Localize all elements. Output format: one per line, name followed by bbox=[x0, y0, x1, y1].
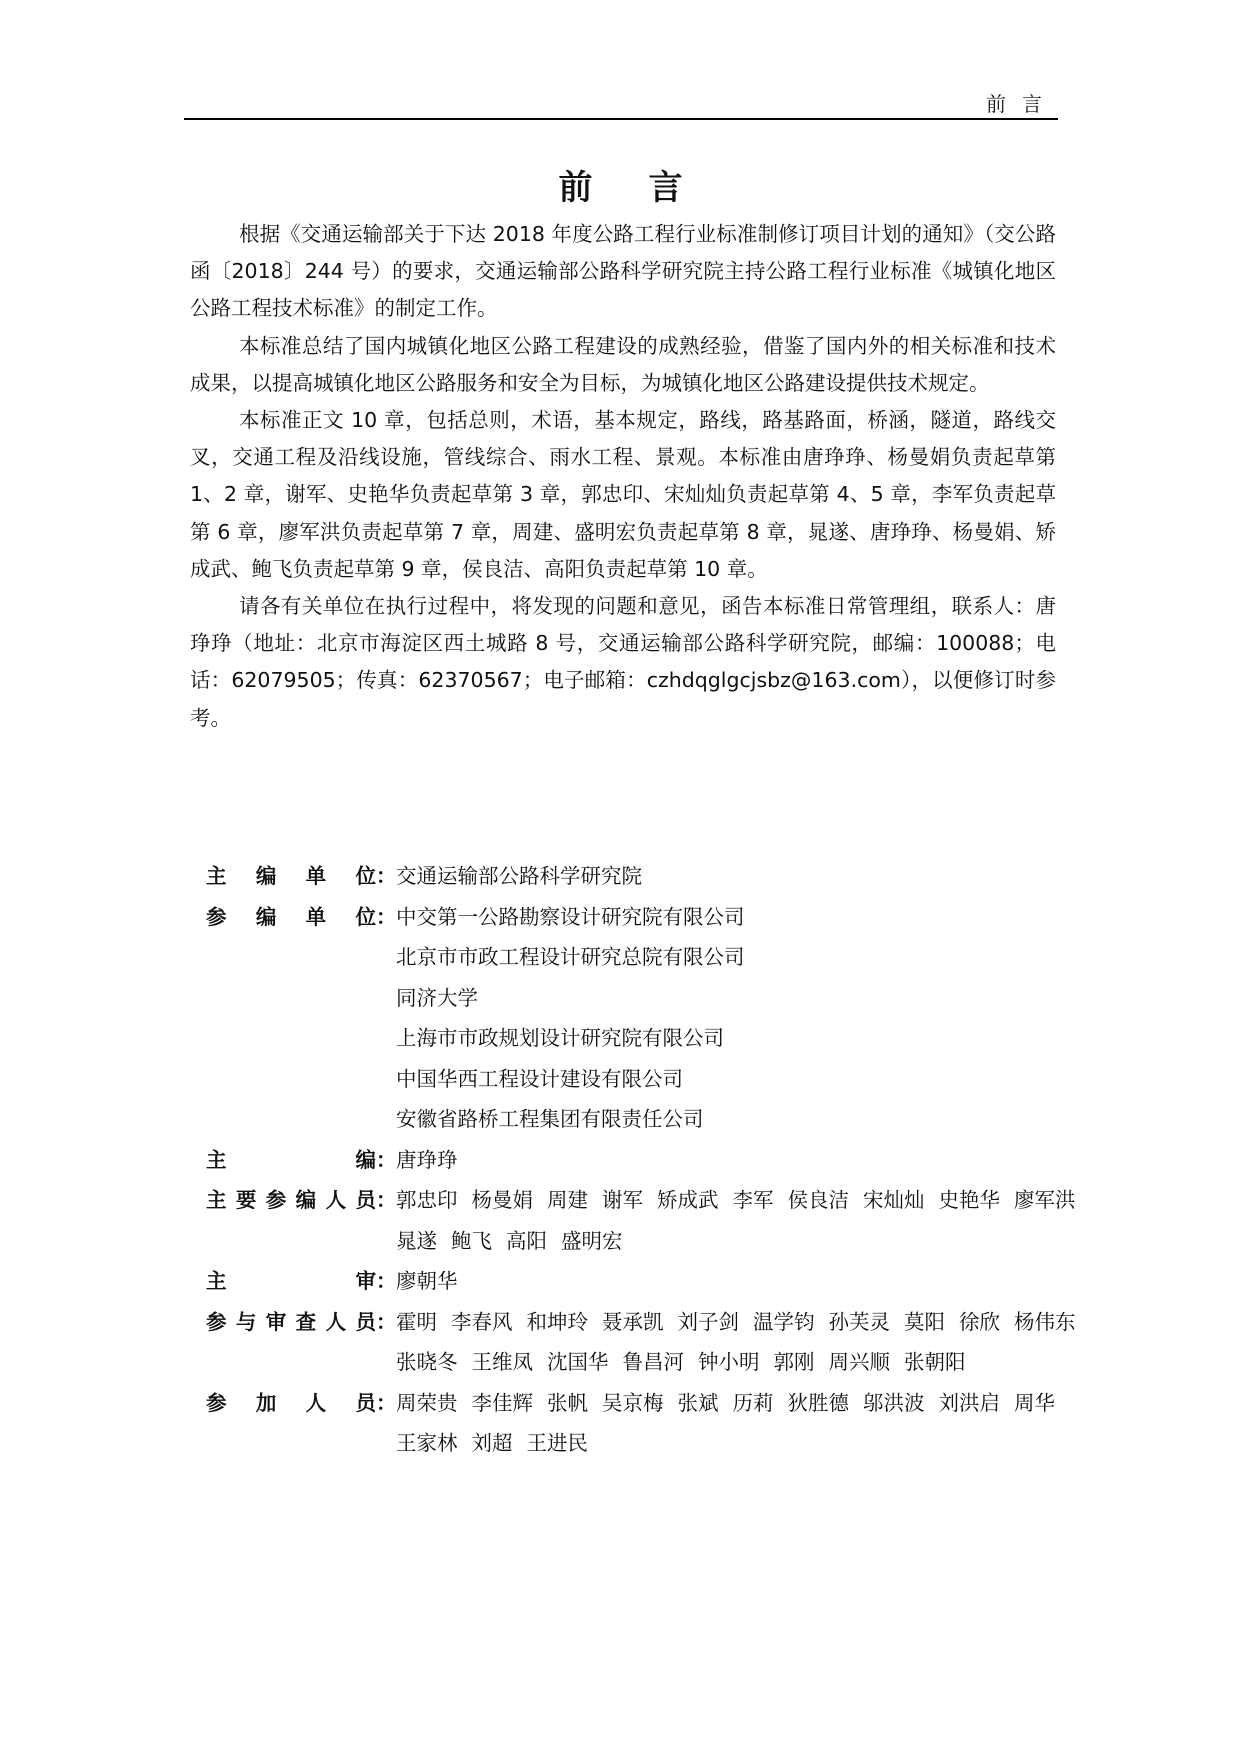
label-char: 加 bbox=[256, 1383, 277, 1464]
person-name: 郭刚 bbox=[774, 1342, 815, 1383]
credit-values: 唐琤琤 bbox=[396, 1140, 1106, 1181]
person-name: 孙芙灵 bbox=[829, 1302, 891, 1343]
person-name: 张朝阳 bbox=[904, 1342, 966, 1383]
person-name: 吴京梅 bbox=[602, 1383, 664, 1424]
person-name: 历莉 bbox=[733, 1383, 774, 1424]
label-char: 位 bbox=[355, 856, 376, 897]
label-char: 单 bbox=[306, 897, 327, 1140]
person-name: 廖军洪 bbox=[1014, 1180, 1076, 1221]
person-name: 狄胜德 bbox=[788, 1383, 850, 1424]
running-header: 前言 bbox=[184, 88, 1058, 118]
label-colon: ： bbox=[376, 1383, 396, 1464]
paragraph-summary: 本标准总结了国内城镇化地区公路工程建设的成熟经验，借鉴了国内外的相关标准和技术成… bbox=[190, 328, 1056, 402]
label-char: 要 bbox=[236, 1180, 257, 1261]
label-char: 编 bbox=[256, 856, 277, 897]
label-char: 编 bbox=[356, 1140, 377, 1181]
person-name: 聂承凯 bbox=[602, 1302, 664, 1343]
organization-name: 同济大学 bbox=[396, 978, 1106, 1019]
label-char: 主 bbox=[206, 1140, 227, 1181]
label-colon: ： bbox=[376, 856, 396, 897]
credit-label: 主编： bbox=[206, 1140, 396, 1181]
person-name: 杨伟东 bbox=[1014, 1302, 1076, 1343]
label-colon: ： bbox=[376, 1261, 396, 1302]
label-char: 主 bbox=[206, 1180, 227, 1261]
person-name: 廖朝华 bbox=[396, 1261, 458, 1302]
person-name: 高阳 bbox=[506, 1221, 547, 1262]
person-name: 盛明宏 bbox=[561, 1221, 623, 1262]
person-name: 周建 bbox=[547, 1180, 588, 1221]
person-name: 杨曼娟 bbox=[472, 1180, 534, 1221]
label-char: 与 bbox=[236, 1302, 257, 1383]
credits-section: 主编单位：交通运输部公路科学研究院 参编单位：中交第一公路勘察设计研究院有限公司… bbox=[206, 856, 1106, 1464]
person-name: 周华 bbox=[1014, 1383, 1055, 1424]
label-char: 单 bbox=[306, 856, 327, 897]
paragraph-basis: 根据《交通运输部关于下达 2018 年度公路工程行业标准制修订项目计划的通知》（… bbox=[190, 216, 1056, 328]
person-name: 王进民 bbox=[527, 1423, 589, 1464]
credit-values: 霍明李春风和坤玲聂承凯刘子剑温学钧孙芙灵莫阳徐欣杨伟东张晓冬王维凤沈国华鲁昌河钟… bbox=[396, 1302, 1106, 1383]
organization-name: 北京市市政工程设计研究总院有限公司 bbox=[396, 937, 1106, 978]
label-char: 参 bbox=[206, 897, 227, 1140]
person-name: 张斌 bbox=[678, 1383, 719, 1424]
paragraph-chapters: 本标准正文 10 章，包括总则，术语，基本规定，路线，路基路面，桥涵，隧道，路线… bbox=[190, 402, 1056, 588]
organization-name: 中交第一公路勘察设计研究院有限公司 bbox=[396, 897, 1106, 938]
person-name: 史艳华 bbox=[939, 1180, 1001, 1221]
person-name: 唐琤琤 bbox=[396, 1140, 458, 1181]
person-name: 王维凤 bbox=[472, 1342, 534, 1383]
person-name: 周兴顺 bbox=[829, 1342, 891, 1383]
organization-name: 上海市市政规划设计研究院有限公司 bbox=[396, 1018, 1106, 1059]
person-name: 鲁昌河 bbox=[623, 1342, 685, 1383]
credit-values: 交通运输部公路科学研究院 bbox=[396, 856, 1106, 897]
label-char: 审 bbox=[266, 1302, 287, 1383]
label-char: 位 bbox=[355, 897, 376, 1140]
credit-participating-units: 参编单位：中交第一公路勘察设计研究院有限公司北京市市政工程设计研究总院有限公司同… bbox=[206, 897, 1106, 1140]
credit-values: 周荣贵李佳辉张帆吴京梅张斌历莉狄胜德邬洪波刘洪启周华王家林刘超王进民 bbox=[396, 1383, 1106, 1464]
label-char: 主 bbox=[206, 856, 227, 897]
person-name: 矫成武 bbox=[657, 1180, 719, 1221]
label-char: 参 bbox=[266, 1180, 287, 1261]
organization-name: 安徽省路桥工程集团有限责任公司 bbox=[396, 1099, 1106, 1140]
preface-body: 根据《交通运输部关于下达 2018 年度公路工程行业标准制修订项目计划的通知》（… bbox=[190, 216, 1056, 737]
person-name: 刘子剑 bbox=[678, 1302, 740, 1343]
credit-label: 参加人员： bbox=[206, 1383, 396, 1464]
label-colon: ： bbox=[376, 1180, 396, 1261]
person-name: 刘洪启 bbox=[939, 1383, 1001, 1424]
label-char: 人 bbox=[326, 1302, 347, 1383]
person-name: 侯良洁 bbox=[788, 1180, 850, 1221]
credit-chief-editor-unit: 主编单位：交通运输部公路科学研究院 bbox=[206, 856, 1106, 897]
label-colon: ： bbox=[376, 897, 396, 1140]
label-colon: ： bbox=[376, 1302, 396, 1383]
credit-review-participants: 参与审查人员：霍明李春风和坤玲聂承凯刘子剑温学钧孙芙灵莫阳徐欣杨伟东张晓冬王维凤… bbox=[206, 1302, 1106, 1383]
label-colon: ： bbox=[376, 1140, 396, 1181]
credit-chief-reviewer: 主审：廖朝华 bbox=[206, 1261, 1106, 1302]
person-name: 霍明 bbox=[396, 1302, 437, 1343]
person-name: 王家林 bbox=[396, 1423, 458, 1464]
label-char: 参 bbox=[206, 1383, 227, 1464]
person-name: 邬洪波 bbox=[863, 1383, 925, 1424]
credit-chief-editor: 主编：唐琤琤 bbox=[206, 1140, 1106, 1181]
page-title: 前言 bbox=[0, 160, 1241, 209]
person-name: 莫阳 bbox=[904, 1302, 945, 1343]
person-name: 刘超 bbox=[472, 1423, 513, 1464]
credit-values: 郭忠印杨曼娟周建谢军矫成武李军侯良洁宋灿灿史艳华廖军洪晁遂鲍飞高阳盛明宏 bbox=[396, 1180, 1106, 1261]
paragraph-contact: 请各有关单位在执行过程中，将发现的问题和意见，函告本标准日常管理组，联系人：唐琤… bbox=[190, 588, 1056, 737]
credit-label: 主要参编人员： bbox=[206, 1180, 396, 1261]
person-name: 周荣贵 bbox=[396, 1383, 458, 1424]
label-char: 查 bbox=[296, 1302, 317, 1383]
label-char: 员 bbox=[355, 1180, 376, 1261]
person-name: 张晓冬 bbox=[396, 1342, 458, 1383]
label-char: 主 bbox=[206, 1261, 227, 1302]
running-head-text: 前言 bbox=[986, 88, 1058, 117]
organization-name: 中国华西工程设计建设有限公司 bbox=[396, 1059, 1106, 1100]
credit-label: 主编单位： bbox=[206, 856, 396, 897]
person-name: 晁遂 bbox=[396, 1221, 437, 1262]
person-name: 和坤玲 bbox=[527, 1302, 589, 1343]
header-rule bbox=[184, 118, 1058, 120]
credit-participants: 参加人员：周荣贵李佳辉张帆吴京梅张斌历莉狄胜德邬洪波刘洪启周华王家林刘超王进民 bbox=[206, 1383, 1106, 1464]
person-name: 李春风 bbox=[451, 1302, 513, 1343]
person-name: 交通运输部公路科学研究院 bbox=[396, 856, 642, 897]
person-name: 李军 bbox=[733, 1180, 774, 1221]
person-name: 宋灿灿 bbox=[863, 1180, 925, 1221]
label-char: 人 bbox=[306, 1383, 327, 1464]
label-char: 编 bbox=[296, 1180, 317, 1261]
person-name: 徐欣 bbox=[959, 1302, 1000, 1343]
person-name: 鲍飞 bbox=[451, 1221, 492, 1262]
credit-label: 主审： bbox=[206, 1261, 396, 1302]
person-name: 李佳辉 bbox=[472, 1383, 534, 1424]
person-name: 张帆 bbox=[547, 1383, 588, 1424]
person-name: 谢军 bbox=[602, 1180, 643, 1221]
label-char: 参 bbox=[206, 1302, 227, 1383]
label-char: 编 bbox=[256, 897, 277, 1140]
label-char: 审 bbox=[356, 1261, 377, 1302]
person-name: 郭忠印 bbox=[396, 1180, 458, 1221]
credit-label: 参编单位： bbox=[206, 897, 396, 1140]
person-name: 钟小明 bbox=[698, 1342, 760, 1383]
label-char: 员 bbox=[355, 1302, 376, 1383]
label-char: 员 bbox=[355, 1383, 376, 1464]
credit-values: 廖朝华 bbox=[396, 1261, 1106, 1302]
person-name: 沈国华 bbox=[547, 1342, 609, 1383]
person-name: 温学钧 bbox=[753, 1302, 815, 1343]
credit-label: 参与审查人员： bbox=[206, 1302, 396, 1383]
credit-values: 中交第一公路勘察设计研究院有限公司北京市市政工程设计研究总院有限公司同济大学上海… bbox=[396, 897, 1106, 1140]
credit-main-participants: 主要参编人员：郭忠印杨曼娟周建谢军矫成武李军侯良洁宋灿灿史艳华廖军洪晁遂鲍飞高阳… bbox=[206, 1180, 1106, 1261]
label-char: 人 bbox=[326, 1180, 347, 1261]
